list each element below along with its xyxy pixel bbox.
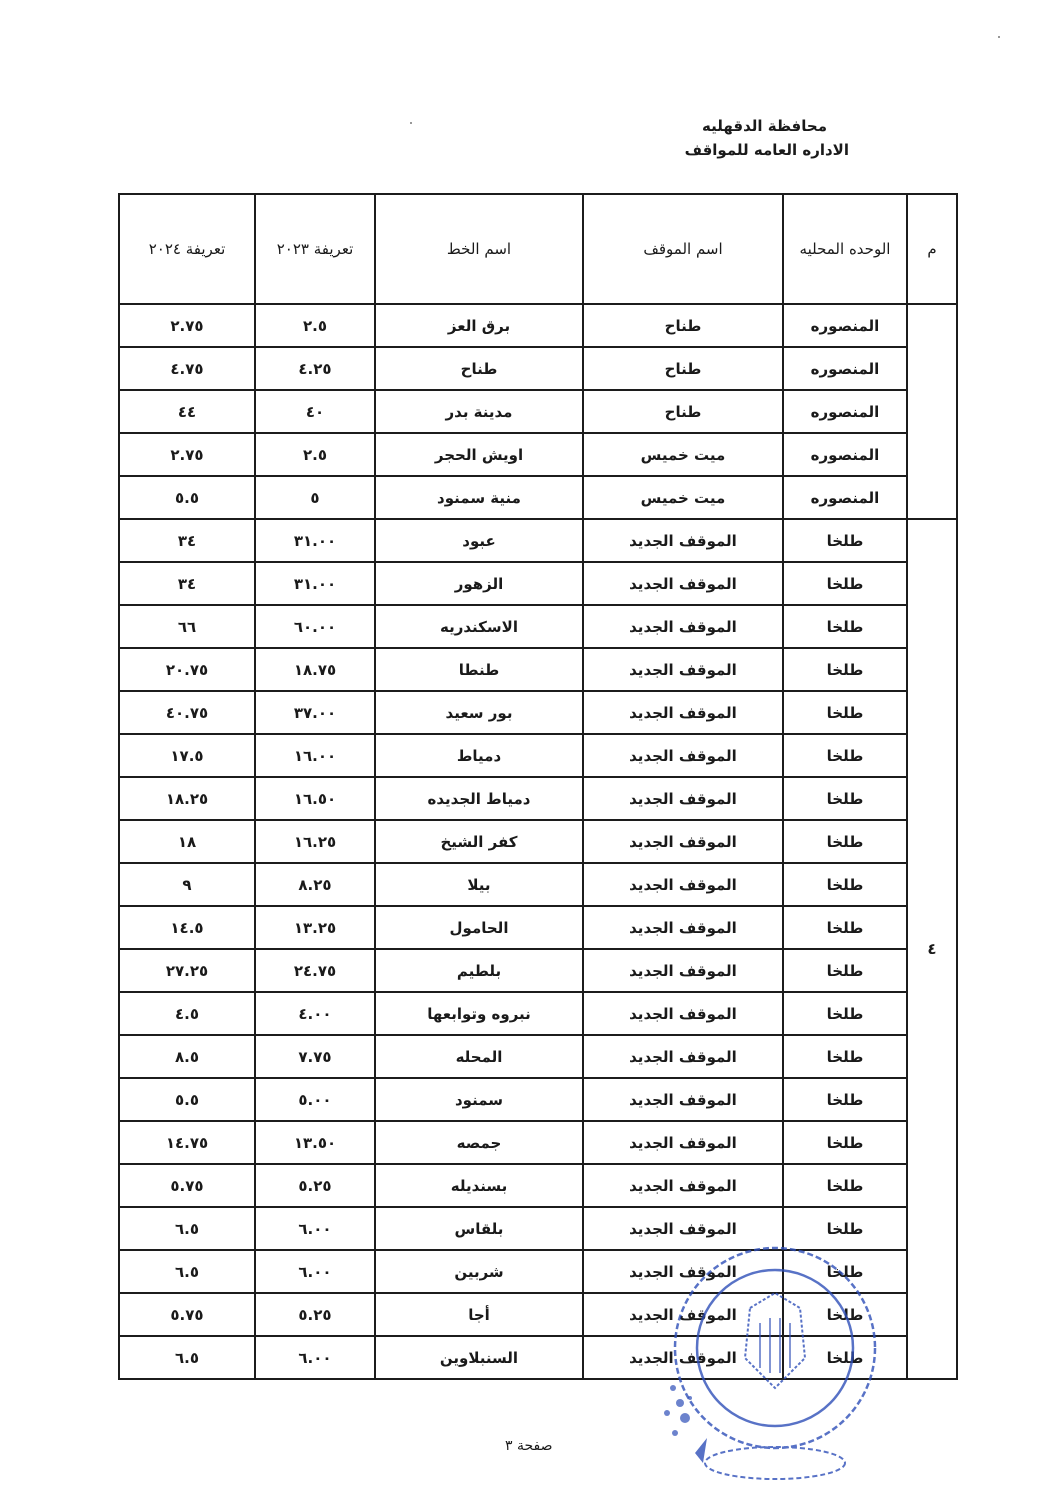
- page-number: صفحة ٣: [505, 1438, 553, 1454]
- cell-tariff-2023: ٢.٥: [255, 433, 375, 476]
- table-row: طلخاالموقف الجديدنبروه وتوابعها٤.٠٠٤.٥: [119, 992, 957, 1035]
- cell-tariff-2023: ٦.٠٠: [255, 1207, 375, 1250]
- cell-local-unit: طلخا: [783, 1207, 907, 1250]
- cell-tariff-2023: ٦.٠٠: [255, 1336, 375, 1379]
- cell-tariff-2023: ١٦.٥٠: [255, 777, 375, 820]
- cell-local-unit: طلخا: [783, 1121, 907, 1164]
- cell-tariff-2023: ٣١.٠٠: [255, 562, 375, 605]
- cell-tariff-2023: ٧.٧٥: [255, 1035, 375, 1078]
- table-row: طلخاالموقف الجديددمياط١٦.٠٠١٧.٥: [119, 734, 957, 777]
- cell-station: الموقف الجديد: [583, 562, 783, 605]
- cell-line: الاسكندريه: [375, 605, 583, 648]
- cell-line: دمياط الجديده: [375, 777, 583, 820]
- cell-tariff-2024: ٥.٥: [119, 476, 255, 519]
- cell-index: ٤: [907, 519, 957, 1379]
- cell-line: سمنود: [375, 1078, 583, 1121]
- cell-line: كفر الشيخ: [375, 820, 583, 863]
- cell-tariff-2024: ٩: [119, 863, 255, 906]
- cell-station: الموقف الجديد: [583, 1035, 783, 1078]
- cell-local-unit: المنصوره: [783, 304, 907, 347]
- cell-local-unit: طلخا: [783, 1336, 907, 1379]
- cell-tariff-2024: ٢.٧٥: [119, 433, 255, 476]
- cell-local-unit: طلخا: [783, 863, 907, 906]
- table-row: المنصورهطناحطناح٤.٢٥٤.٧٥: [119, 347, 957, 390]
- cell-tariff-2024: ١٤.٥: [119, 906, 255, 949]
- cell-station: الموقف الجديد: [583, 863, 783, 906]
- table-row: طلخاالموقف الجديدجمصه١٣.٥٠١٤.٧٥: [119, 1121, 957, 1164]
- cell-tariff-2024: ٥.٥: [119, 1078, 255, 1121]
- cell-local-unit: المنصوره: [783, 347, 907, 390]
- cell-local-unit: طلخا: [783, 691, 907, 734]
- cell-tariff-2023: ٤.٢٥: [255, 347, 375, 390]
- cell-station: الموقف الجديد: [583, 519, 783, 562]
- col-header-line: اسم الخط: [375, 194, 583, 304]
- cell-line: بلطيم: [375, 949, 583, 992]
- cell-tariff-2024: ٣٤: [119, 562, 255, 605]
- table-row: طلخاالموقف الجديدالاسكندريه٦٠.٠٠٦٦: [119, 605, 957, 648]
- cell-station: الموقف الجديد: [583, 906, 783, 949]
- cell-local-unit: طلخا: [783, 605, 907, 648]
- table-row: طلخاالموقف الجديدالسنبلاوين٦.٠٠٦.٥: [119, 1336, 957, 1379]
- table-row: طلخاالموقف الجديدسمنود٥.٠٠٥.٥: [119, 1078, 957, 1121]
- cell-tariff-2024: ٦٦: [119, 605, 255, 648]
- col-header-station: اسم الموقف: [583, 194, 783, 304]
- cell-local-unit: طلخا: [783, 777, 907, 820]
- cell-tariff-2023: ٣١.٠٠: [255, 519, 375, 562]
- cell-tariff-2023: ١٨.٧٥: [255, 648, 375, 691]
- cell-tariff-2023: ٦.٠٠: [255, 1250, 375, 1293]
- cell-tariff-2023: ٢.٥: [255, 304, 375, 347]
- cell-line: دمياط: [375, 734, 583, 777]
- cell-line: السنبلاوين: [375, 1336, 583, 1379]
- cell-local-unit: طلخا: [783, 1293, 907, 1336]
- cell-station: الموقف الجديد: [583, 992, 783, 1035]
- table-row: طلخاالموقف الجديدالزهور٣١.٠٠٣٤: [119, 562, 957, 605]
- cell-local-unit: المنصوره: [783, 433, 907, 476]
- cell-tariff-2024: ٥.٧٥: [119, 1293, 255, 1336]
- tariff-table: م الوحده المحليه اسم الموقف اسم الخط تعر…: [118, 193, 958, 1380]
- cell-line: شربين: [375, 1250, 583, 1293]
- cell-tariff-2024: ٢٠.٧٥: [119, 648, 255, 691]
- cell-local-unit: طلخا: [783, 734, 907, 777]
- cell-tariff-2024: ٤٤: [119, 390, 255, 433]
- cell-local-unit: طلخا: [783, 562, 907, 605]
- cell-line: الزهور: [375, 562, 583, 605]
- table-body: المنصورهطناحبرق العز٢.٥٢.٧٥المنصورهطناحط…: [119, 304, 957, 1379]
- table-header-row: م الوحده المحليه اسم الموقف اسم الخط تعر…: [119, 194, 957, 304]
- cell-line: نبروه وتوابعها: [375, 992, 583, 1035]
- cell-tariff-2024: ٢٧.٢٥: [119, 949, 255, 992]
- document-header: محافظة الدقهليه الاداره العامه للمواقف: [685, 114, 849, 162]
- cell-line: طناح: [375, 347, 583, 390]
- table-row: طلخاالموقف الجديدبيلا٨.٢٥٩: [119, 863, 957, 906]
- cell-tariff-2024: ٤.٥: [119, 992, 255, 1035]
- cell-local-unit: طلخا: [783, 648, 907, 691]
- cell-station: الموقف الجديد: [583, 820, 783, 863]
- table-row: طلخاالموقف الجديدشربين٦.٠٠٦.٥: [119, 1250, 957, 1293]
- cell-tariff-2023: ٨.٢٥: [255, 863, 375, 906]
- cell-tariff-2024: ٣٤: [119, 519, 255, 562]
- cell-tariff-2023: ٣٧.٠٠: [255, 691, 375, 734]
- cell-local-unit: طلخا: [783, 992, 907, 1035]
- cell-local-unit: طلخا: [783, 1078, 907, 1121]
- table-row: طلخاالموقف الجديدأجا٥.٢٥٥.٧٥: [119, 1293, 957, 1336]
- col-header-tariff-2024: تعريفة ٢٠٢٤: [119, 194, 255, 304]
- cell-local-unit: المنصوره: [783, 476, 907, 519]
- table-row: طلخاالموقف الجديدطنطا١٨.٧٥٢٠.٧٥: [119, 648, 957, 691]
- table-row: ٤طلخاالموقف الجديدعبود٣١.٠٠٣٤: [119, 519, 957, 562]
- cell-line: منية سمنود: [375, 476, 583, 519]
- cell-station: الموقف الجديد: [583, 1164, 783, 1207]
- cell-tariff-2024: ٦.٥: [119, 1336, 255, 1379]
- cell-tariff-2023: ٤.٠٠: [255, 992, 375, 1035]
- cell-station: طناح: [583, 347, 783, 390]
- cell-tariff-2024: ١٨: [119, 820, 255, 863]
- cell-local-unit: طلخا: [783, 949, 907, 992]
- cell-tariff-2024: ٨.٥: [119, 1035, 255, 1078]
- cell-tariff-2024: ٥.٧٥: [119, 1164, 255, 1207]
- cell-station: الموقف الجديد: [583, 1336, 783, 1379]
- table-row: المنصورهطناحمدينة بدر٤٠٤٤: [119, 390, 957, 433]
- cell-local-unit: طلخا: [783, 1250, 907, 1293]
- cell-station: الموقف الجديد: [583, 1207, 783, 1250]
- cell-station: الموقف الجديد: [583, 648, 783, 691]
- cell-station: الموقف الجديد: [583, 1250, 783, 1293]
- cell-line: مدينة بدر: [375, 390, 583, 433]
- cell-tariff-2024: ١٧.٥: [119, 734, 255, 777]
- cell-tariff-2024: ٦.٥: [119, 1250, 255, 1293]
- cell-station: ميت خميس: [583, 433, 783, 476]
- cell-line: بيلا: [375, 863, 583, 906]
- col-header-index: م: [907, 194, 957, 304]
- cell-station: الموقف الجديد: [583, 734, 783, 777]
- cell-local-unit: طلخا: [783, 906, 907, 949]
- cell-tariff-2024: ١٨.٢٥: [119, 777, 255, 820]
- table-row: المنصورهميت خميساويش الحجر٢.٥٢.٧٥: [119, 433, 957, 476]
- cell-tariff-2023: ١٣.٢٥: [255, 906, 375, 949]
- cell-station: الموقف الجديد: [583, 777, 783, 820]
- cell-tariff-2024: ١٤.٧٥: [119, 1121, 255, 1164]
- cell-station: طناح: [583, 390, 783, 433]
- cell-line: بور سعيد: [375, 691, 583, 734]
- col-header-local-unit: الوحده المحليه: [783, 194, 907, 304]
- cell-local-unit: طلخا: [783, 820, 907, 863]
- department-title: الاداره العامه للمواقف: [685, 138, 849, 162]
- cell-local-unit: طلخا: [783, 1035, 907, 1078]
- cell-local-unit: المنصوره: [783, 390, 907, 433]
- cell-line: أجا: [375, 1293, 583, 1336]
- cell-tariff-2023: ٥: [255, 476, 375, 519]
- table-row: طلخاالموقف الجديدبلقاس٦.٠٠٦.٥: [119, 1207, 957, 1250]
- cell-line: اويش الحجر: [375, 433, 583, 476]
- cell-tariff-2023: ٥.٠٠: [255, 1078, 375, 1121]
- cell-station: الموقف الجديد: [583, 691, 783, 734]
- cell-station: الموقف الجديد: [583, 1293, 783, 1336]
- table-row: طلخاالموقف الجديددمياط الجديده١٦.٥٠١٨.٢٥: [119, 777, 957, 820]
- cell-tariff-2023: ٥.٢٥: [255, 1293, 375, 1336]
- cell-line: الحامول: [375, 906, 583, 949]
- cell-tariff-2023: ٥.٢٥: [255, 1164, 375, 1207]
- cell-station: الموقف الجديد: [583, 949, 783, 992]
- cell-tariff-2023: ٦٠.٠٠: [255, 605, 375, 648]
- table-row: طلخاالموقف الجديدبسنديله٥.٢٥٥.٧٥: [119, 1164, 957, 1207]
- cell-line: بسنديله: [375, 1164, 583, 1207]
- col-header-tariff-2023: تعريفة ٢٠٢٣: [255, 194, 375, 304]
- cell-station: الموقف الجديد: [583, 1121, 783, 1164]
- table-row: طلخاالموقف الجديدكفر الشيخ١٦.٢٥١٨: [119, 820, 957, 863]
- cell-line: برق العز: [375, 304, 583, 347]
- table-row: طلخاالموقف الجديدالمحله٧.٧٥٨.٥: [119, 1035, 957, 1078]
- cell-tariff-2024: ٢.٧٥: [119, 304, 255, 347]
- cell-tariff-2024: ٤٠.٧٥: [119, 691, 255, 734]
- cell-tariff-2024: ٦.٥: [119, 1207, 255, 1250]
- cell-tariff-2023: ١٦.٠٠: [255, 734, 375, 777]
- cell-line: طنطا: [375, 648, 583, 691]
- cell-station: الموقف الجديد: [583, 1078, 783, 1121]
- cell-station: الموقف الجديد: [583, 605, 783, 648]
- table-row: طلخاالموقف الجديدالحامول١٣.٢٥١٤.٥: [119, 906, 957, 949]
- cell-tariff-2023: ١٦.٢٥: [255, 820, 375, 863]
- cell-local-unit: طلخا: [783, 1164, 907, 1207]
- scan-speck: [410, 122, 412, 124]
- cell-station: طناح: [583, 304, 783, 347]
- cell-tariff-2023: ٤٠: [255, 390, 375, 433]
- table-row: طلخاالموقف الجديدبلطيم٢٤.٧٥٢٧.٢٥: [119, 949, 957, 992]
- governorate-title: محافظة الدقهليه: [685, 114, 827, 138]
- cell-tariff-2023: ١٣.٥٠: [255, 1121, 375, 1164]
- cell-station: ميت خميس: [583, 476, 783, 519]
- cell-tariff-2024: ٤.٧٥: [119, 347, 255, 390]
- cell-tariff-2023: ٢٤.٧٥: [255, 949, 375, 992]
- cell-local-unit: طلخا: [783, 519, 907, 562]
- table-row: طلخاالموقف الجديدبور سعيد٣٧.٠٠٤٠.٧٥: [119, 691, 957, 734]
- table-row: المنصورهميت خميسمنية سمنود٥٥.٥: [119, 476, 957, 519]
- cell-line: المحله: [375, 1035, 583, 1078]
- cell-line: عبود: [375, 519, 583, 562]
- scan-speck: [998, 36, 1000, 38]
- table-row: المنصورهطناحبرق العز٢.٥٢.٧٥: [119, 304, 957, 347]
- cell-line: جمصه: [375, 1121, 583, 1164]
- cell-index: [907, 304, 957, 519]
- cell-line: بلقاس: [375, 1207, 583, 1250]
